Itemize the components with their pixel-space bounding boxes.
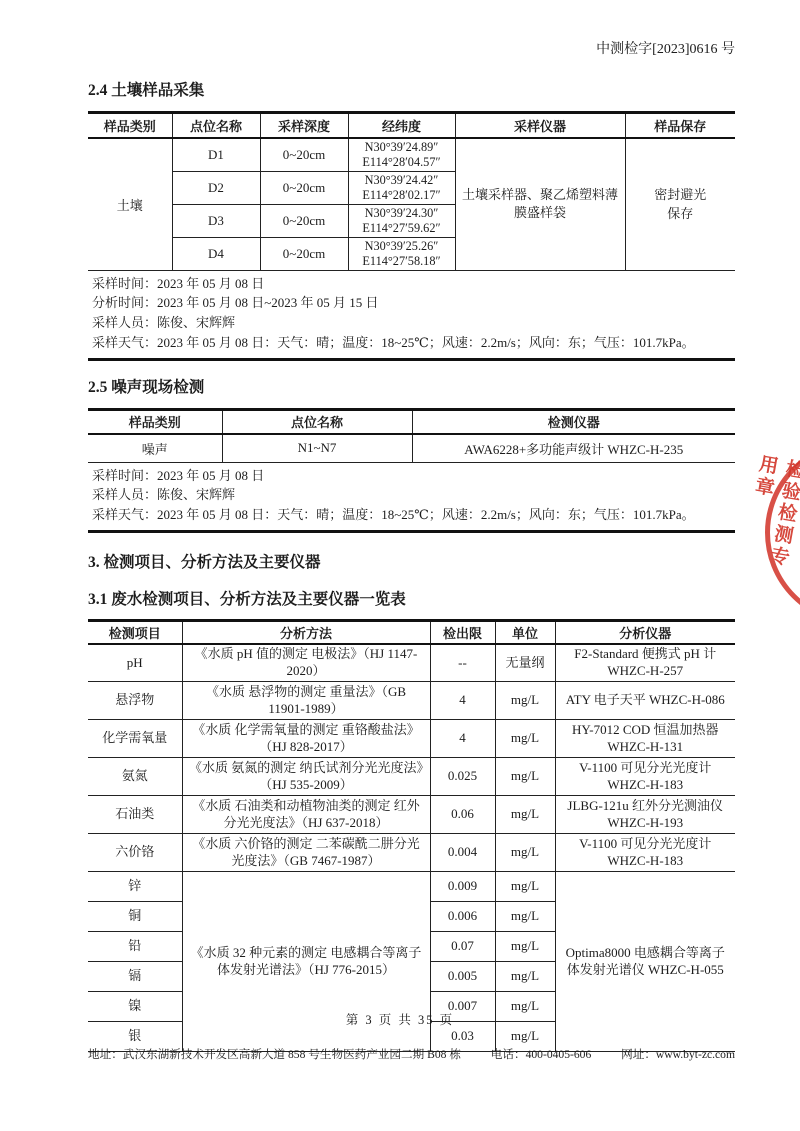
cell-points: N1~N7 (222, 434, 412, 462)
cell-item: 化学需氧量 (88, 720, 182, 758)
col-header-item: 检测项目 (88, 620, 182, 644)
col-header-point-name: 点位名称 (172, 113, 260, 138)
cell-limit: 0.025 (430, 758, 495, 796)
cell-instrument: AWA6228+多功能声级计 WHZC-H-235 (412, 434, 735, 462)
cell-coords: N30°39′25.26″ E114°27′58.18″ (348, 237, 455, 270)
cell-coords: N30°39′24.42″ E114°28′02.17″ (348, 171, 455, 204)
cell-method: 《水质 化学需氧量的测定 重铬酸盐法》（HJ 828-2017） (182, 720, 430, 758)
table-row: 氨氮 《水质 氨氮的测定 纳氏试剂分光光度法》（HJ 535-2009） 0.0… (88, 758, 735, 796)
table-row: 锌 《水质 32 种元素的测定 电感耦合等离子体发射光谱法》（HJ 776-20… (88, 872, 735, 902)
note-line: 采样人员：陈俊、宋辉辉 (92, 485, 731, 505)
table-row: 石油类 《水质 石油类和动植物油类的测定 红外分光光度法》（HJ 637-201… (88, 796, 735, 834)
cell-instrument: V-1100 可见分光光度计 WHZC-H-183 (555, 758, 735, 796)
cell-limit: 0.005 (430, 962, 495, 992)
cell-item: pH (88, 644, 182, 682)
cell-limit: 0.004 (430, 834, 495, 872)
cell-depth: 0~20cm (260, 237, 348, 270)
col-header-sample-type: 样品类别 (88, 409, 222, 434)
col-header-coords: 经纬度 (348, 113, 455, 138)
cell-unit: mg/L (495, 758, 555, 796)
cell-instrument: JLBG-121u 红外分光测油仪 WHZC-H-193 (555, 796, 735, 834)
noise-detection-table: 样品类别 点位名称 检测仪器 噪声 N1~N7 AWA6228+多功能声级计 W… (88, 408, 735, 463)
cell-item: 铜 (88, 902, 182, 932)
table-row: pH 《水质 pH 值的测定 电极法》（HJ 1147-2020） -- 无量纲… (88, 644, 735, 682)
cell-item: 镉 (88, 962, 182, 992)
cell-coords: N30°39′24.30″ E114°27′59.62″ (348, 204, 455, 237)
cell-preservation: 密封避光保存 (625, 138, 735, 271)
coord-lon: E114°27′58.18″ (352, 254, 452, 269)
cell-instrument: HY-7012 COD 恒温加热器 WHZC-H-131 (555, 720, 735, 758)
cell-method: 《水质 六价铬的测定 二苯碳酰二肼分光光度法》（GB 7467-1987） (182, 834, 430, 872)
col-header-depth: 采样深度 (260, 113, 348, 138)
table-header-row: 样品类别 点位名称 采样深度 经纬度 采样仪器 样品保存 (88, 113, 735, 138)
cell-depth: 0~20cm (260, 138, 348, 172)
cell-coords: N30°39′24.89″ E114°28′04.57″ (348, 138, 455, 172)
cell-limit: -- (430, 644, 495, 682)
table-row: 土壤 D1 0~20cm N30°39′24.89″ E114°28′04.57… (88, 138, 735, 172)
cell-item: 铅 (88, 932, 182, 962)
coord-lat: N30°39′24.89″ (352, 140, 452, 155)
cell-method: 《水质 氨氮的测定 纳氏试剂分光光度法》（HJ 535-2009） (182, 758, 430, 796)
col-header-preservation: 样品保存 (625, 113, 735, 138)
cell-instrument: F2-Standard 便携式 pH 计 WHZC-H-257 (555, 644, 735, 682)
cell-item: 锌 (88, 872, 182, 902)
cell-unit: mg/L (495, 872, 555, 902)
cell-sample-type: 噪声 (88, 434, 222, 462)
table-row: 六价铬 《水质 六价铬的测定 二苯碳酰二肼分光光度法》（GB 7467-1987… (88, 834, 735, 872)
note-line: 采样时间：2023 年 05 月 08 日 (92, 274, 731, 294)
cell-unit: mg/L (495, 962, 555, 992)
col-header-instrument: 分析仪器 (555, 620, 735, 644)
cell-limit: 4 (430, 682, 495, 720)
document-ref-number: 中测检字[2023]0616 号 (88, 0, 735, 58)
footer-address: 地址：武汉东湖新技术开发区高新大道 858 号生物医药产业园二期 B08 栋 (88, 1046, 461, 1062)
col-header-method: 分析方法 (182, 620, 430, 644)
cell-point: D4 (172, 237, 260, 270)
report-page: 中测检字[2023]0616 号 2.4 土壤样品采集 样品类别 点位名称 采样… (0, 0, 800, 1131)
cell-item: 悬浮物 (88, 682, 182, 720)
cell-instrument: ATY 电子天平 WHZC-H-086 (555, 682, 735, 720)
cell-point: D2 (172, 171, 260, 204)
cell-limit: 0.06 (430, 796, 495, 834)
cell-method: 《水质 pH 值的测定 电极法》（HJ 1147-2020） (182, 644, 430, 682)
footer-phone: 电话：400-0405-606 (491, 1046, 591, 1062)
soil-sampling-notes: 采样时间：2023 年 05 月 08 日 分析时间：2023 年 05 月 0… (88, 271, 735, 361)
cell-sample-type: 土壤 (88, 138, 172, 271)
table-row: 悬浮物 《水质 悬浮物的测定 重量法》（GB 11901-1989） 4 mg/… (88, 682, 735, 720)
cell-instrument: V-1100 可见分光光度计 WHZC-H-183 (555, 834, 735, 872)
note-line: 分析时间：2023 年 05 月 08 日~2023 年 05 月 15 日 (92, 293, 731, 313)
coord-lon: E114°28′02.17″ (352, 188, 452, 203)
section-3-1-title: 3.1 废水检测项目、分析方法及主要仪器一览表 (88, 587, 735, 609)
note-line: 采样时间：2023 年 05 月 08 日 (92, 466, 731, 486)
preservation-text: 密封避光保存 (653, 185, 708, 224)
col-header-limit: 检出限 (430, 620, 495, 644)
cell-unit: mg/L (495, 902, 555, 932)
coord-lon: E114°28′04.57″ (352, 155, 452, 170)
cell-limit: 0.006 (430, 902, 495, 932)
cell-point: D1 (172, 138, 260, 172)
footer-contact-line: 地址：武汉东湖新技术开发区高新大道 858 号生物医药产业园二期 B08 栋 电… (88, 1046, 735, 1062)
page-number: 第 3 页 共 35 页 (0, 1010, 800, 1028)
col-header-point-name: 点位名称 (222, 409, 412, 434)
section-3-title: 3. 检测项目、分析方法及主要仪器 (88, 550, 735, 572)
col-header-sample-type: 样品类别 (88, 113, 172, 138)
cell-item: 氨氮 (88, 758, 182, 796)
cell-limit: 0.009 (430, 872, 495, 902)
cell-method: 《水质 石油类和动植物油类的测定 红外分光光度法》（HJ 637-2018） (182, 796, 430, 834)
col-header-unit: 单位 (495, 620, 555, 644)
footer-website: 网址：www.byt-zc.com (621, 1046, 735, 1062)
cell-limit: 4 (430, 720, 495, 758)
cell-depth: 0~20cm (260, 204, 348, 237)
cell-unit: mg/L (495, 796, 555, 834)
cell-unit: mg/L (495, 834, 555, 872)
note-line: 采样人员：陈俊、宋辉辉 (92, 313, 731, 333)
noise-detection-notes: 采样时间：2023 年 05 月 08 日 采样人员：陈俊、宋辉辉 采样天气：2… (88, 463, 735, 533)
cell-limit: 0.07 (430, 932, 495, 962)
cell-sampling-instrument: 土壤采样器、聚乙烯塑料薄膜盛样袋 (455, 138, 625, 271)
cell-depth: 0~20cm (260, 171, 348, 204)
cell-item: 六价铬 (88, 834, 182, 872)
note-line: 采样天气：2023 年 05 月 08 日：天气：晴；温度：18~25℃；风速：… (92, 333, 731, 353)
coord-lat: N30°39′24.42″ (352, 173, 452, 188)
table-header-row: 检测项目 分析方法 检出限 单位 分析仪器 (88, 620, 735, 644)
cell-point: D3 (172, 204, 260, 237)
cell-unit: mg/L (495, 932, 555, 962)
table-row: 化学需氧量 《水质 化学需氧量的测定 重铬酸盐法》（HJ 828-2017） 4… (88, 720, 735, 758)
section-2-4-title: 2.4 土壤样品采集 (88, 78, 735, 100)
col-header-instrument: 检测仪器 (412, 409, 735, 434)
cell-unit: mg/L (495, 682, 555, 720)
table-header-row: 样品类别 点位名称 检测仪器 (88, 409, 735, 434)
soil-sampling-table: 样品类别 点位名称 采样深度 经纬度 采样仪器 样品保存 土壤 D1 0~20c… (88, 111, 735, 271)
coord-lat: N30°39′24.30″ (352, 206, 452, 221)
note-line: 采样天气：2023 年 05 月 08 日：天气：晴；温度：18~25℃；风速：… (92, 505, 731, 525)
col-header-instrument: 采样仪器 (455, 113, 625, 138)
coord-lon: E114°27′59.62″ (352, 221, 452, 236)
coord-lat: N30°39′25.26″ (352, 239, 452, 254)
cell-item: 石油类 (88, 796, 182, 834)
cell-method: 《水质 悬浮物的测定 重量法》（GB 11901-1989） (182, 682, 430, 720)
cell-unit: 无量纲 (495, 644, 555, 682)
table-row: 噪声 N1~N7 AWA6228+多功能声级计 WHZC-H-235 (88, 434, 735, 462)
section-2-5-title: 2.5 噪声现场检测 (88, 375, 735, 397)
cell-unit: mg/L (495, 720, 555, 758)
wastewater-methods-table: 检测项目 分析方法 检出限 单位 分析仪器 pH 《水质 pH 值的测定 电极法… (88, 619, 735, 1053)
